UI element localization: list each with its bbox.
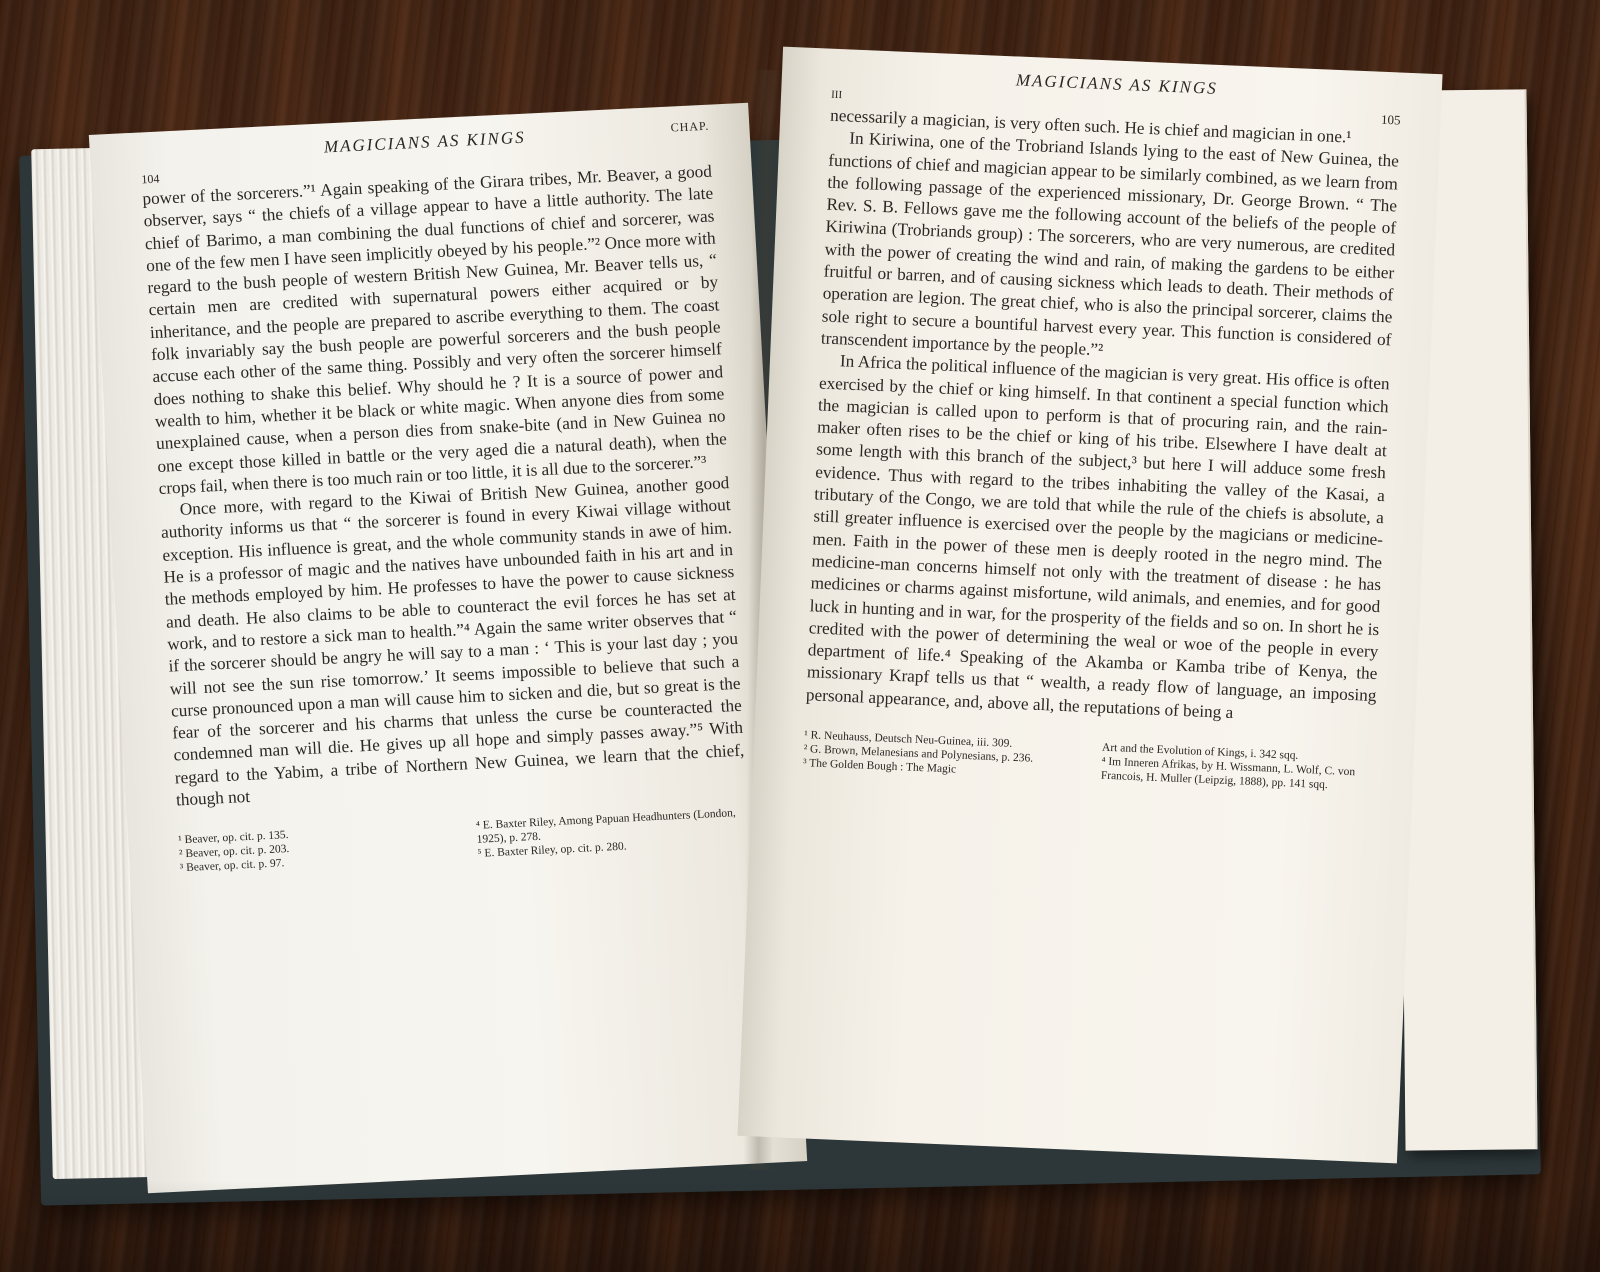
left-page: MAGICIANS AS KINGS CHAP. 104 power of th… xyxy=(89,103,807,1194)
page-number: 104 xyxy=(141,172,160,188)
paragraph: In Kiriwina, one of the Trobriand Island… xyxy=(820,127,1399,374)
left-footnotes: ¹ Beaver, op. cit. p. 135. ² Beaver, op.… xyxy=(178,806,750,876)
page-number: 105 xyxy=(1381,112,1401,129)
paragraph: power of the sorcerers.”¹ Again speaking… xyxy=(142,161,729,501)
paragraph: In Africa the political influence of the… xyxy=(806,350,1390,730)
right-running-head: MAGICIANS AS KINGS III 105 xyxy=(831,49,1402,117)
right-body-text: necessarily a magician, is very often su… xyxy=(806,105,1401,730)
footnote-column: ¹ R. Neuhauss, Deutsch Neu-Guinea, iii. … xyxy=(803,728,1077,781)
chapter-marker: CHAP. xyxy=(670,119,709,136)
right-footnotes: ¹ R. Neuhauss, Deutsch Neu-Guinea, iii. … xyxy=(803,728,1374,794)
footnote-column: ¹ Beaver, op. cit. p. 135. ² Beaver, op.… xyxy=(178,820,452,875)
right-page: MAGICIANS AS KINGS III 105 necessarily a… xyxy=(737,47,1442,1164)
left-body-text: power of the sorcerers.”¹ Again speaking… xyxy=(142,161,746,812)
running-title: MAGICIANS AS KINGS xyxy=(140,119,710,167)
chapter-number: III xyxy=(831,89,842,101)
table-shadow xyxy=(0,1180,1600,1272)
footnote-column: Art and the Evolution of Kings, i. 342 s… xyxy=(1101,741,1375,794)
paragraph: Once more, with regard to the Kiwai of B… xyxy=(159,472,746,812)
running-title: MAGICIANS AS KINGS xyxy=(832,63,1402,107)
footnote-column: ⁴ E. Baxter Riley, Among Papuan Headhunt… xyxy=(476,806,750,861)
